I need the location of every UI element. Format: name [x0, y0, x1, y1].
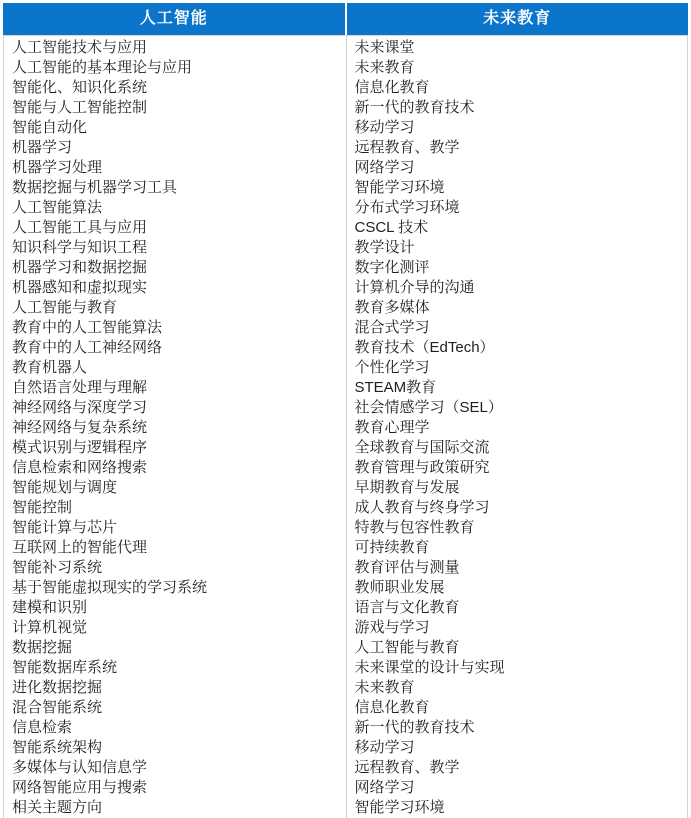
list-item: 计算机介导的沟通	[347, 278, 688, 298]
topics-table: 人工智能 未来教育 人工智能技术与应用人工智能的基本理论与应用智能化、知识化系统…	[3, 3, 688, 817]
list-item: 智能与人工智能控制	[4, 98, 346, 118]
list-item: 人工智能技术与应用	[4, 38, 346, 58]
list-item: 机器学习	[4, 138, 346, 158]
list-item: 智能系统架构	[4, 738, 346, 758]
list-item: 移动学习	[347, 738, 688, 758]
column-header-artificial-intelligence: 人工智能	[3, 3, 345, 35]
column-header-future-education: 未来教育	[347, 3, 689, 35]
list-item: 移动学习	[347, 118, 688, 138]
list-item: 智能控制	[4, 498, 346, 518]
list-item: 未来教育	[347, 58, 688, 78]
list-item: 相关主题方向	[4, 798, 346, 817]
list-item: 模式识别与逻辑程序	[4, 438, 346, 458]
list-item: 机器学习处理	[4, 158, 346, 178]
list-item: 教育机器人	[4, 358, 346, 378]
list-item: 可持续教育	[347, 538, 688, 558]
list-item: 混合智能系统	[4, 698, 346, 718]
list-item: 信息检索	[4, 718, 346, 738]
list-item: 未来教育	[347, 678, 688, 698]
list-item: 特教与包容性教育	[347, 518, 688, 538]
list-item: 机器感知和虚拟现实	[4, 278, 346, 298]
list-item: 游戏与学习	[347, 618, 688, 638]
list-item: 智能学习环境	[347, 798, 688, 817]
list-item: 数据挖掘与机器学习工具	[4, 178, 346, 198]
list-item: 互联网上的智能代理	[4, 538, 346, 558]
list-item: 成人教育与终身学习	[347, 498, 688, 518]
list-item: 人工智能与教育	[347, 638, 688, 658]
list-item: 全球教育与国际交流	[347, 438, 688, 458]
list-item: CSCL 技术	[347, 218, 688, 238]
list-item: 教育心理学	[347, 418, 688, 438]
list-item: 教育管理与政策研究	[347, 458, 688, 478]
list-item: 数据挖掘	[4, 638, 346, 658]
list-item: 知识科学与知识工程	[4, 238, 346, 258]
list-item: 神经网络与复杂系统	[4, 418, 346, 438]
list-item: STEAM教育	[347, 378, 688, 398]
list-item: 信息检索和网络搜索	[4, 458, 346, 478]
list-item: 混合式学习	[347, 318, 688, 338]
list-item: 多媒体与认知信息学	[4, 758, 346, 778]
list-item: 语言与文化教育	[347, 598, 688, 618]
list-item: 数字化测评	[347, 258, 688, 278]
table-body: 人工智能技术与应用人工智能的基本理论与应用智能化、知识化系统智能与人工智能控制智…	[3, 35, 688, 817]
list-item: 基于智能虚拟现实的学习系统	[4, 578, 346, 598]
table-header-row: 人工智能 未来教育	[3, 3, 688, 35]
list-item: 早期教育与发展	[347, 478, 688, 498]
list-item: 自然语言处理与理解	[4, 378, 346, 398]
list-item: 神经网络与深度学习	[4, 398, 346, 418]
list-item: 教育中的人工智能算法	[4, 318, 346, 338]
list-item: 建模和识别	[4, 598, 346, 618]
list-item: 人工智能算法	[4, 198, 346, 218]
list-item: 新一代的教育技术	[347, 98, 688, 118]
list-item: 教育技术（EdTech）	[347, 338, 688, 358]
list-item: 信息化教育	[347, 698, 688, 718]
list-item: 智能计算与芯片	[4, 518, 346, 538]
list-item: 网络学习	[347, 158, 688, 178]
list-item: 机器学习和数据挖掘	[4, 258, 346, 278]
column-future-education-list: 未来课堂未来教育信息化教育新一代的教育技术移动学习远程教育、教学网络学习智能学习…	[346, 36, 688, 817]
list-item: 进化数据挖掘	[4, 678, 346, 698]
list-item: 教师职业发展	[347, 578, 688, 598]
list-item: 人工智能与教育	[4, 298, 346, 318]
list-item: 远程教育、教学	[347, 138, 688, 158]
list-item: 个性化学习	[347, 358, 688, 378]
list-item: 人工智能的基本理论与应用	[4, 58, 346, 78]
list-item: 网络智能应用与搜索	[4, 778, 346, 798]
list-item: 远程教育、教学	[347, 758, 688, 778]
column-artificial-intelligence-list: 人工智能技术与应用人工智能的基本理论与应用智能化、知识化系统智能与人工智能控制智…	[4, 36, 346, 817]
list-item: 计算机视觉	[4, 618, 346, 638]
list-item: 社会情感学习（SEL）	[347, 398, 688, 418]
list-item: 教育中的人工神经网络	[4, 338, 346, 358]
list-item: 信息化教育	[347, 78, 688, 98]
list-item: 未来课堂的设计与实现	[347, 658, 688, 678]
list-item: 人工智能工具与应用	[4, 218, 346, 238]
list-item: 分布式学习环境	[347, 198, 688, 218]
list-item: 教育多媒体	[347, 298, 688, 318]
list-item: 未来课堂	[347, 38, 688, 58]
list-item: 智能补习系统	[4, 558, 346, 578]
list-item: 网络学习	[347, 778, 688, 798]
list-item: 教学设计	[347, 238, 688, 258]
list-item: 智能自动化	[4, 118, 346, 138]
list-item: 智能化、知识化系统	[4, 78, 346, 98]
list-item: 智能规划与调度	[4, 478, 346, 498]
list-item: 新一代的教育技术	[347, 718, 688, 738]
list-item: 智能数据库系统	[4, 658, 346, 678]
list-item: 智能学习环境	[347, 178, 688, 198]
list-item: 教育评估与测量	[347, 558, 688, 578]
